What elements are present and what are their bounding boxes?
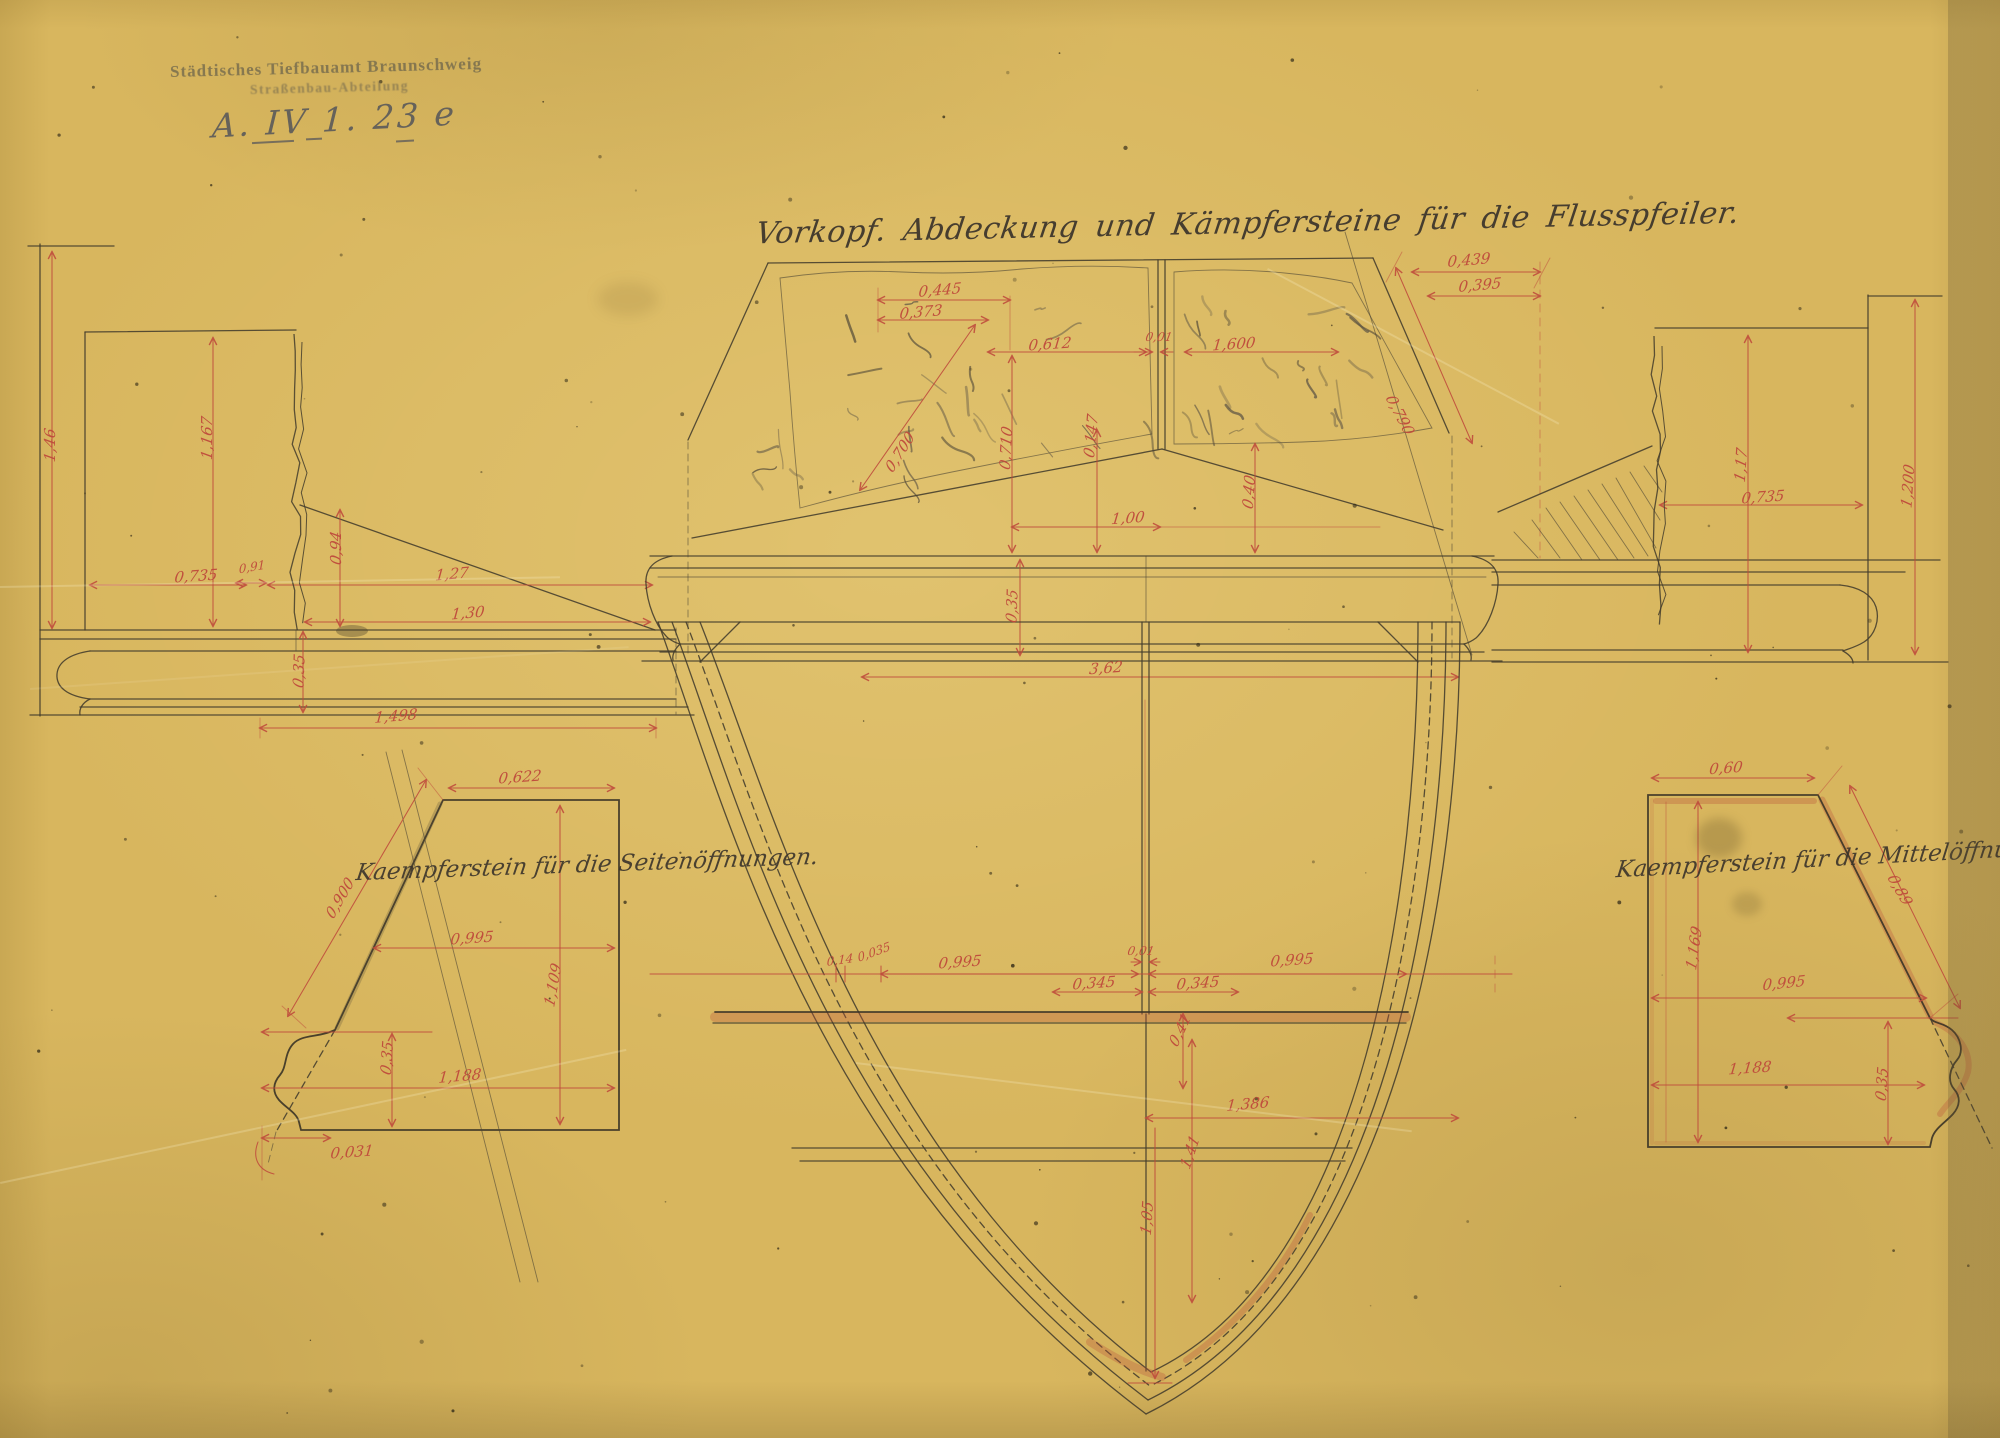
drawing-sheet: .ink{stroke:#433c2c;fill:none;stroke-wid… [0, 0, 2000, 1438]
kaempferstein-side-view [256, 750, 619, 1282]
front-view [642, 232, 1550, 677]
paper-stain [1696, 818, 1742, 858]
paper-stain [598, 282, 658, 316]
plan-view [650, 622, 1512, 1414]
right-side-view [1492, 295, 1948, 663]
kaempferstein-middle-view [1648, 766, 1992, 1148]
paper-stain [1732, 892, 1762, 916]
paper-edge-shadow [1948, 0, 2000, 1438]
rough-stone-edges [290, 334, 1666, 630]
